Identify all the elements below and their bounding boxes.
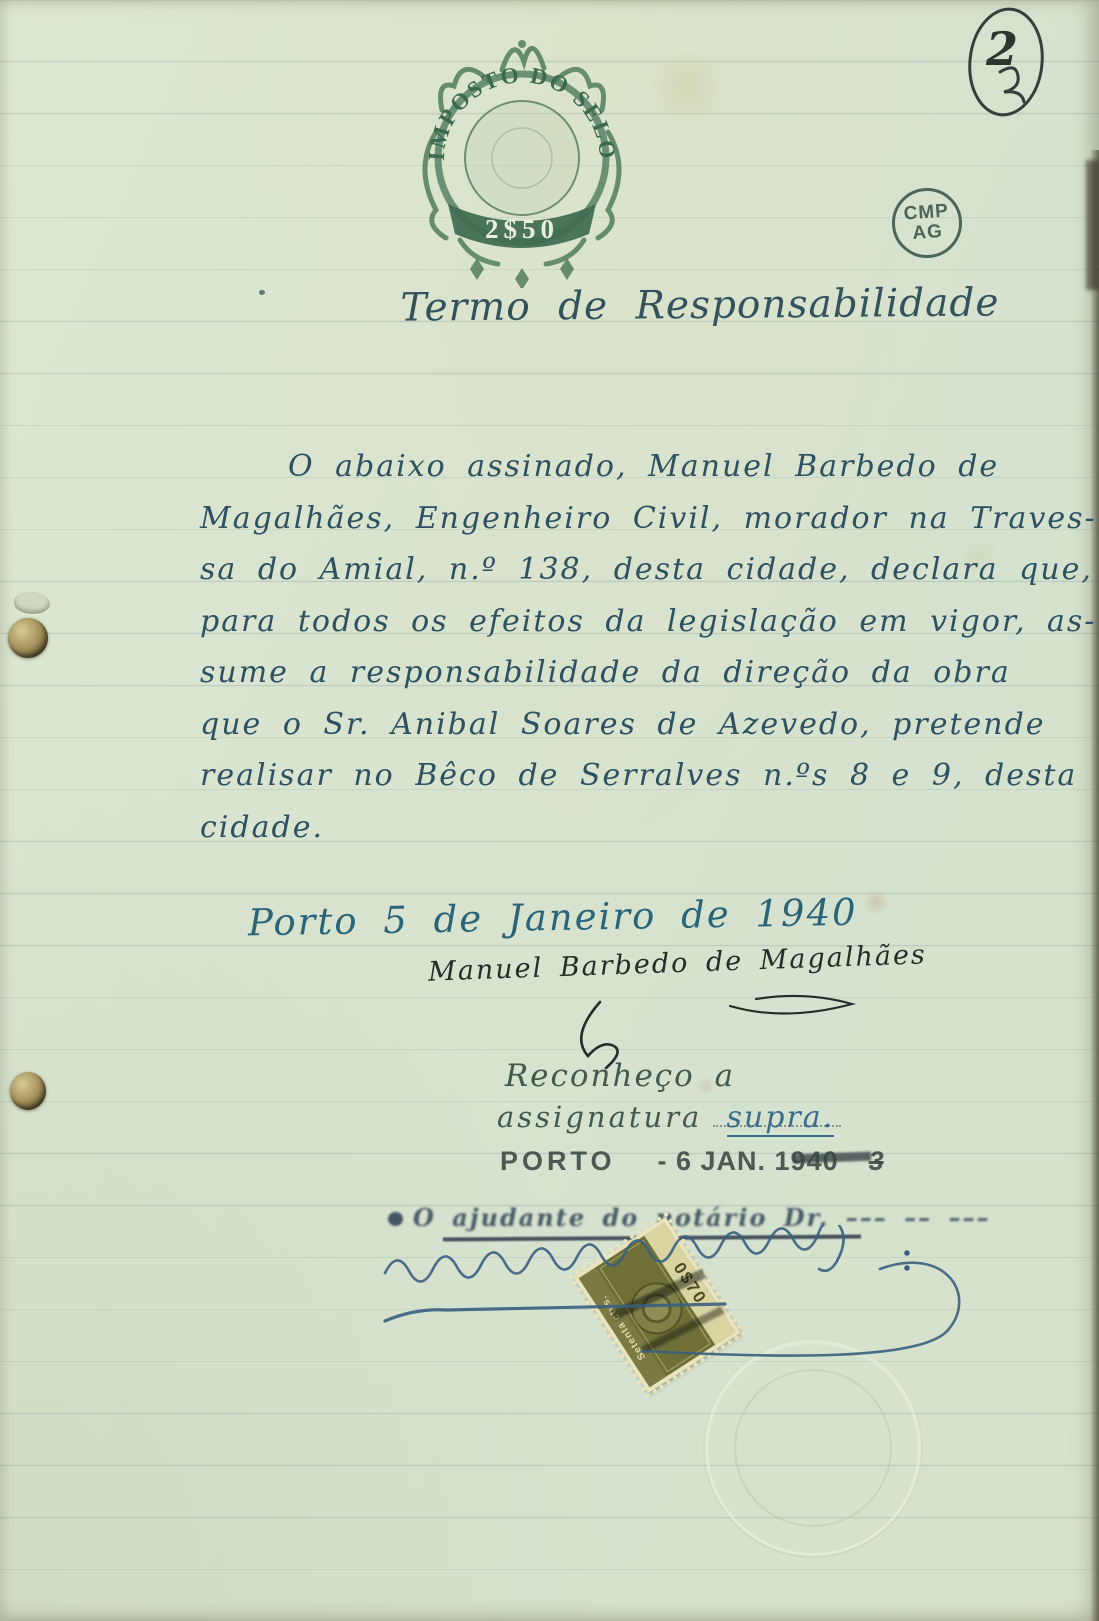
notary-signature-scrawl	[360, 1225, 980, 1385]
paper-tear	[14, 592, 50, 614]
brass-fastener	[10, 1072, 46, 1110]
emblem-value: 2$50	[485, 214, 559, 244]
supra-handwritten: supra.	[727, 1100, 835, 1137]
porto-date-stamp: PORTO - 6 JAN. 1940 3	[500, 1146, 884, 1177]
folio-annotation: 2	[956, 4, 1056, 122]
folio-number: 2	[986, 22, 1018, 76]
document-page: IMPOSTO DO SELO 2$50 2 CMP AG Termo de R…	[0, 0, 1099, 1621]
document-title: Termo de Responsabilidade	[400, 280, 1000, 330]
body-line: sume a responsabilidade da direção da ob…	[200, 655, 1080, 707]
ink-dot	[259, 290, 265, 295]
stamp-city: PORTO	[500, 1146, 616, 1177]
stamp-number-struck: 3	[869, 1146, 884, 1177]
body-paragraph: O abaixo assinado, Manuel Barbedo de Mag…	[200, 449, 1080, 861]
imposto-do-selo-emblem: IMPOSTO DO SELO 2$50	[402, 28, 642, 288]
body-line: O abaixo assinado, Manuel Barbedo de	[200, 449, 1080, 501]
body-line: que o Sr. Anibal Soares de Azevedo, pret…	[200, 707, 1080, 759]
photo-edge-shadow	[1090, 150, 1099, 1621]
cmp-stamp-line2: AG	[912, 222, 944, 244]
photo-edge-dark-mark	[1086, 160, 1099, 290]
body-line: realisar no Bêco de Serralves n.ºs 8 e 9…	[200, 758, 1080, 810]
signature-underline-flourish	[720, 980, 900, 1020]
brass-fastener	[8, 618, 48, 658]
emblem-graphic: IMPOSTO DO SELO 2$50	[402, 28, 642, 288]
assignatura-label: assignatura	[497, 1100, 702, 1134]
body-line: Magalhães, Engenheiro Civil, morador na …	[200, 501, 1080, 553]
body-line: sa do Amial, n.º 138, desta cidade, decl…	[200, 552, 1080, 604]
paper-stain	[640, 52, 735, 122]
body-line: para todos os efeitos da legislação em v…	[200, 604, 1080, 656]
dateline: Porto 5 de Janeiro de 1940	[248, 891, 858, 945]
notary-ack-line: Reconheço a	[460, 1058, 780, 1094]
body-line: cidade.	[200, 810, 1080, 862]
stamp-date: - 6 JAN. 1940	[658, 1146, 839, 1177]
paper-stain	[862, 890, 890, 914]
notary-ack-signature-line: assignatura supra.	[497, 1100, 834, 1135]
cmp-ag-stamp: CMP AG	[890, 186, 965, 261]
stamp-ink-blob	[388, 1212, 403, 1226]
